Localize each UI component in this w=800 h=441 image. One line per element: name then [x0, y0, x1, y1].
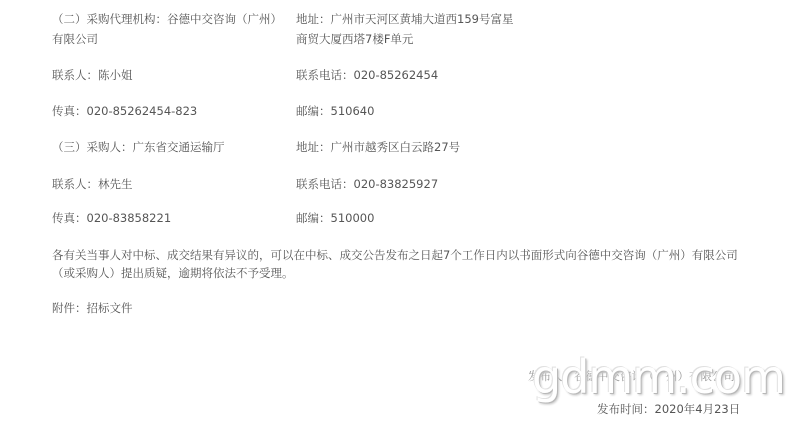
agency-fax: 传真：020-85262454-823	[52, 102, 197, 120]
agency-heading-cont: 有限公司	[52, 30, 98, 48]
purchaser-contact: 联系人：林先生	[52, 175, 133, 193]
purchaser-heading: （三）采购人：广东省交通运输厅	[52, 138, 225, 156]
objection-notice-line1: 各有关当事人对中标、成交结果有异议的，可以在中标、成交公告发布之日起7个工作日内…	[52, 246, 738, 264]
agency-address-line1: 地址：广州市天河区黄埔大道西159号富星	[296, 10, 513, 28]
agency-heading: （二）采购代理机构：谷德中交咨询（广州）	[52, 10, 282, 28]
agency-postcode: 邮编：510640	[296, 102, 374, 120]
attachment-label: 附件：	[52, 301, 87, 315]
purchaser-address: 地址：广州市越秀区白云路27号	[296, 138, 460, 156]
agency-contact: 联系人：陈小姐	[52, 66, 133, 84]
objection-notice-line2: （或采购人）提出质疑，逾期将依法不予受理。	[52, 264, 294, 282]
attachment-link[interactable]: 招标文件	[87, 301, 133, 315]
attachment-row: 附件：招标文件	[52, 299, 133, 317]
purchaser-fax: 传真：020-83858221	[52, 209, 171, 227]
publish-time: 发布时间：2020年4月23日	[597, 400, 740, 418]
agency-phone: 联系电话：020-85262454	[296, 66, 438, 84]
purchaser-postcode: 邮编：510000	[296, 209, 374, 227]
agency-address-line2: 商贸大厦西塔7楼F单元	[296, 30, 413, 48]
purchaser-phone: 联系电话：020-83825927	[296, 175, 438, 193]
watermark-logo: gdmm.com	[532, 352, 785, 402]
